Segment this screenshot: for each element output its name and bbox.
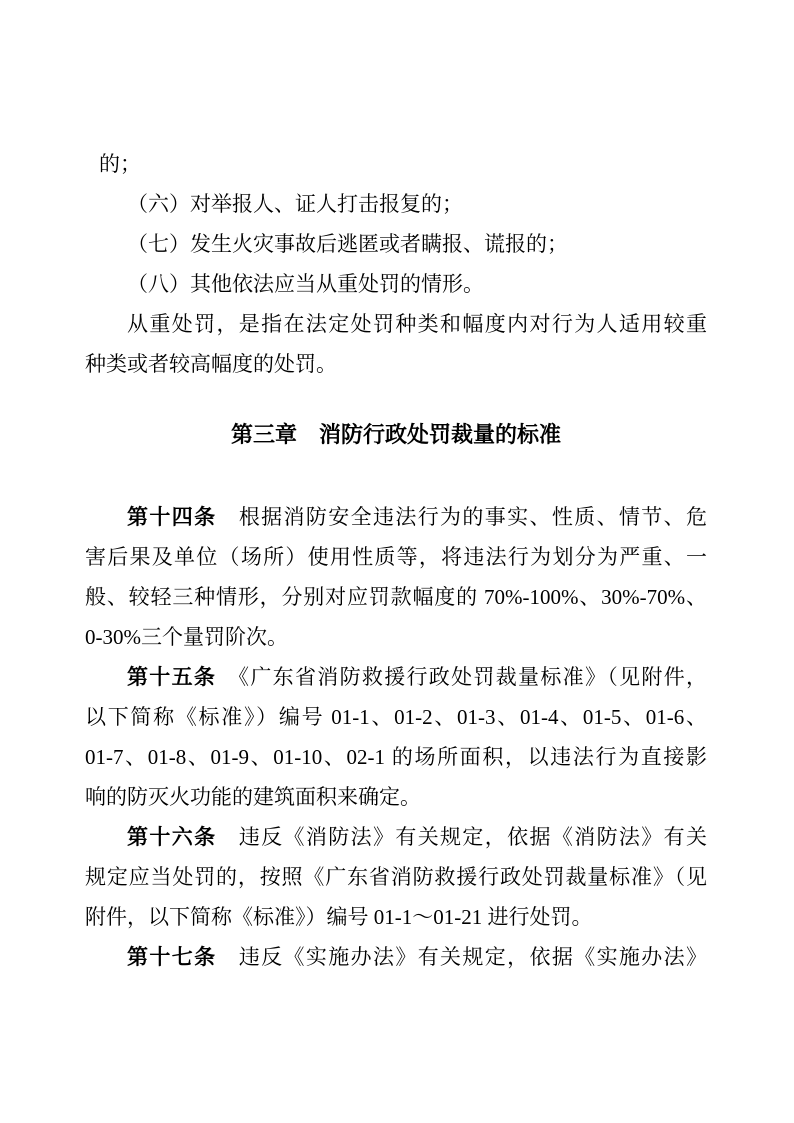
clause-text: 违反《实施办法》有关规定，依据《实施办法》 [216, 945, 707, 969]
clause-text: 《广东省消防救援行政处罚裁量标准》（见附件， [216, 665, 707, 689]
doc-line: 以下简称《标准》）编号 01-1、01-2、01-3、01-4、01-5、01-… [85, 697, 707, 737]
doc-line: 01-7、01-8、01-9、01-10、02-1 的场所面积，以违法行为直接影 [85, 737, 707, 777]
clause-number: 第十七条 [127, 946, 216, 969]
doc-line-continuation: 的； [85, 144, 707, 184]
clause-number: 第十五条 [127, 666, 216, 689]
doc-line-article-14: 第十四条 根据消防安全违法行为的事实、性质、情节、危 [85, 497, 707, 537]
clause-number: 第十四条 [127, 506, 216, 529]
doc-line-article-15: 第十五条 《广东省消防救援行政处罚裁量标准》（见附件， [85, 657, 707, 697]
doc-line: 般、较轻三种情形，分别对应罚款幅度的 70%-100%、30%-70%、 [85, 577, 707, 617]
doc-line: 种类或者较高幅度的处罚。 [85, 344, 707, 384]
doc-line-item-6: （六）对举报人、证人打击报复的； [85, 184, 707, 224]
doc-line: 附件，以下简称《标准》）编号 01-1～01-21 进行处罚。 [85, 897, 707, 937]
document-content: 的； （六）对举报人、证人打击报复的； （七）发生火灾事故后逃匿或者瞒报、谎报的… [0, 0, 794, 977]
doc-line: 0-30%三个量罚阶次。 [85, 617, 707, 657]
doc-line: 规定应当处罚的，按照《广东省消防救援行政处罚裁量标准》（见 [85, 857, 707, 897]
doc-line: 响的防灭火功能的建筑面积来确定。 [85, 777, 707, 817]
clause-number: 第十六条 [127, 826, 216, 849]
clause-text: 根据消防安全违法行为的事实、性质、情节、危 [216, 505, 707, 529]
doc-line-article-17: 第十七条 违反《实施办法》有关规定，依据《实施办法》 [85, 937, 707, 977]
doc-line-item-8: （八）其他依法应当从重处罚的情形。 [85, 264, 707, 304]
doc-line-item-7: （七）发生火灾事故后逃匿或者瞒报、谎报的； [85, 224, 707, 264]
document-page: 的； （六）对举报人、证人打击报复的； （七）发生火灾事故后逃匿或者瞒报、谎报的… [0, 0, 794, 1123]
chapter-heading: 第三章 消防行政处罚裁量的标准 [85, 415, 707, 455]
doc-line-article-16: 第十六条 违反《消防法》有关规定，依据《消防法》有关 [85, 817, 707, 857]
clause-text: 违反《消防法》有关规定，依据《消防法》有关 [216, 825, 707, 849]
doc-line: 害后果及单位（场所）使用性质等，将违法行为划分为严重、一 [85, 537, 707, 577]
doc-line: 从重处罚，是指在法定处罚种类和幅度内对行为人适用较重 [85, 304, 707, 344]
